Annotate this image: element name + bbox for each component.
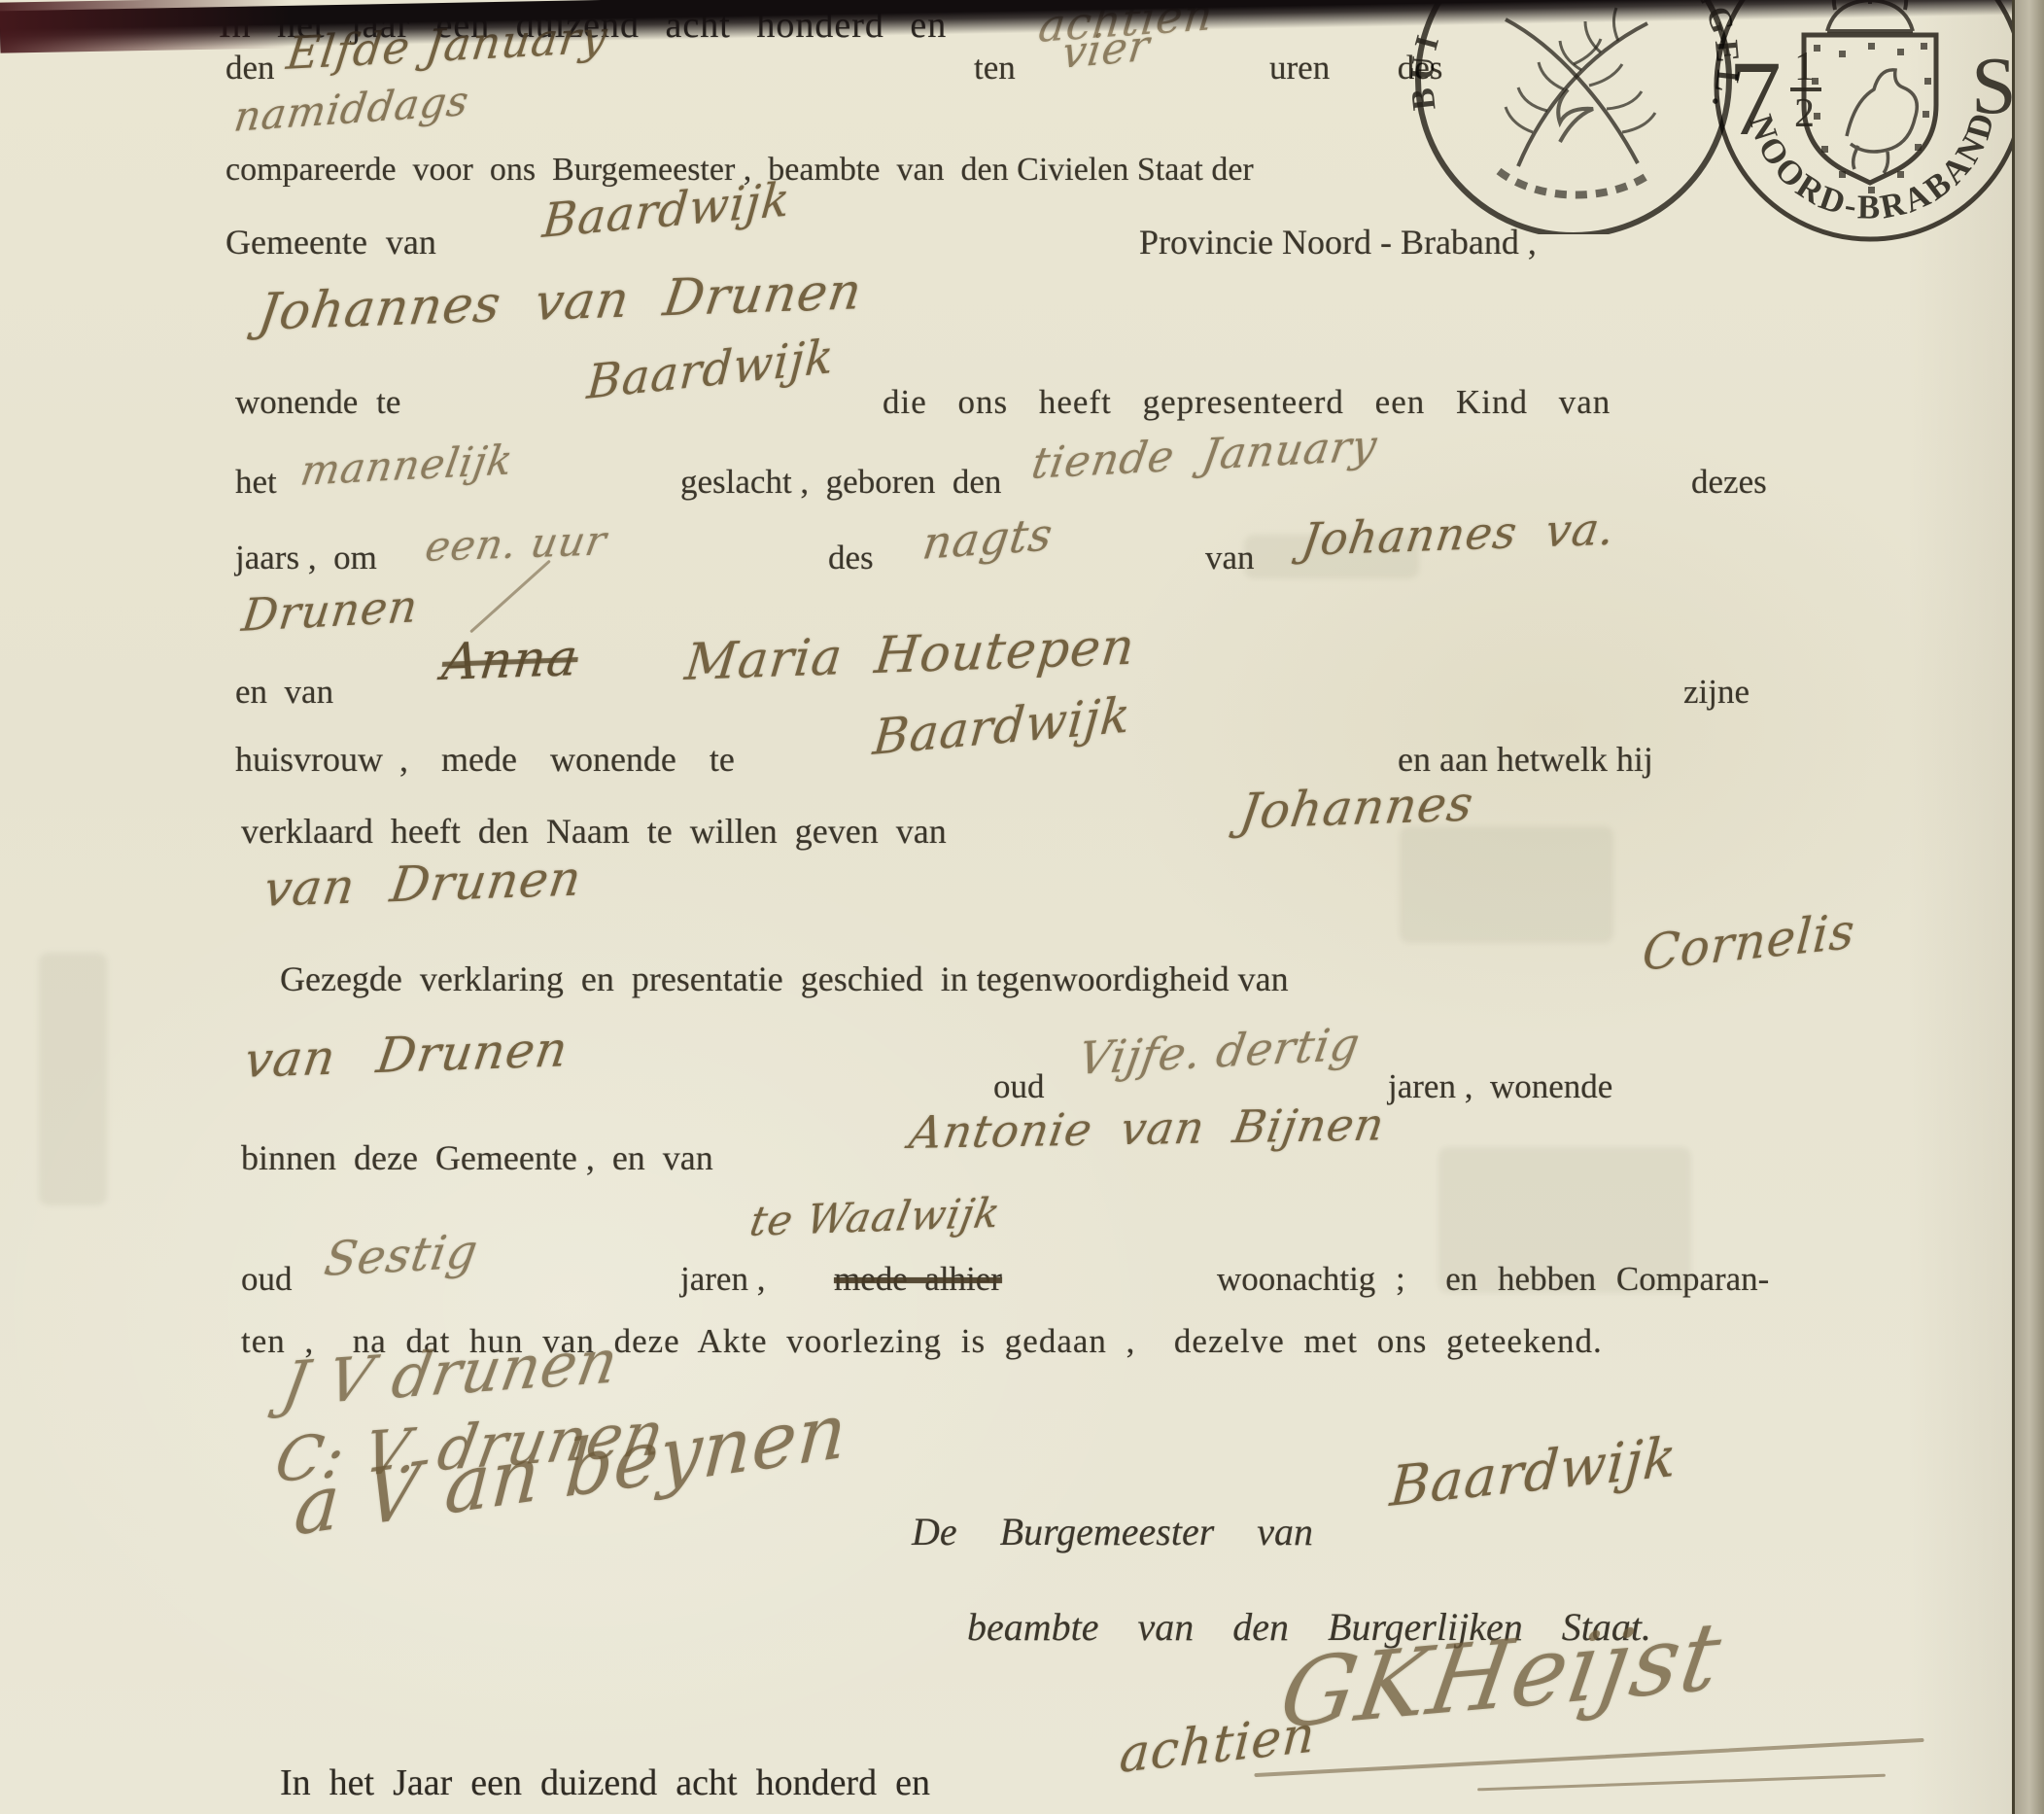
printed-hetwelk: en aan hetwelk hij — [1398, 739, 1653, 780]
page-stack-edge — [2012, 0, 2044, 1814]
signature-flourish-line — [1477, 1774, 1886, 1792]
handwritten-declarant-name: Johannes van Drunen — [255, 262, 866, 342]
printed-oud-1: oud — [993, 1067, 1045, 1106]
handwritten-witness2-residence: te Waalwijk — [746, 1189, 1005, 1245]
pen-flourish — [469, 560, 551, 634]
printed-naam-geven: verklaard heeft den Naam te willen geven… — [241, 811, 947, 852]
handwritten-witness2-name: Antonie van Bijnen — [906, 1098, 1389, 1159]
seal-ribbon — [1558, 89, 1593, 142]
printed-en-van: en van — [235, 673, 333, 712]
revenue-stamp-noord-braband: 7 1 2 S NOORD-BRABAND — [1713, 0, 2033, 262]
seal-chain — [1499, 171, 1651, 195]
handwritten-mother-name: Maria Houtepen — [682, 618, 1138, 692]
printed-burgemeester-van: De Burgemeester van — [912, 1509, 1313, 1554]
printed-gezegde-line: Gezegde verklaring en presentatie geschi… — [280, 959, 1289, 999]
handwritten-child-name-2: van Drunen — [260, 850, 585, 918]
printed-ten: ten — [974, 49, 1016, 87]
printed-jaren-wonende: jaren , wonende — [1388, 1067, 1612, 1106]
printed-jaars-om: jaars , om — [235, 539, 377, 577]
printed-binnen-gemeente: binnen deze Gemeente , en van — [241, 1137, 713, 1178]
handwritten-child-name-1: Johannes — [1236, 775, 1477, 840]
handwritten-age-2: Sestig — [321, 1224, 482, 1287]
rampant-lion-sketch — [1847, 70, 1917, 173]
civil-registry-seal-stamp: BUI EGEL. — [1397, 0, 1751, 234]
handwritten-mother-residence: Baardwijk — [871, 686, 1133, 766]
handwritten-age-1: Vijfe. dertig — [1075, 1017, 1364, 1085]
handwritten-witness1-last: van Drunen — [241, 1021, 572, 1089]
printed-des: des — [828, 539, 874, 577]
printed-mede-alhier-struck: mede alhier — [834, 1260, 1002, 1299]
printed-oud-2: oud — [241, 1260, 293, 1299]
printed-wonende-te: wonende te — [235, 383, 400, 422]
handwritten-birthdate: tiende January — [1028, 421, 1381, 489]
printed-jaren: jaren , — [680, 1260, 765, 1299]
bleed-through-smudge — [39, 953, 107, 1205]
printed-van: van — [1205, 539, 1255, 577]
stamp-fraction-numerator: 1 — [1794, 45, 1815, 89]
svg-text:BUI: BUI — [1404, 26, 1448, 112]
stamp-fraction-denominator: 2 — [1794, 91, 1815, 136]
handwritten-gender: mannelijk — [297, 436, 517, 495]
bleed-through-smudge — [1400, 826, 1613, 943]
printed-het: het — [235, 463, 277, 502]
handwritten-residence: Baardwijk — [585, 330, 836, 410]
printed-zijne: zijne — [1683, 673, 1750, 712]
seal-arc-text-left: BUI — [1404, 26, 1448, 112]
handwritten-mother-struck: Anna — [439, 629, 581, 692]
printed-next-act-line: In het Jaar een duizend acht honderd en — [280, 1762, 930, 1804]
printed-woonachtig: woonachtig ; en hebben Comparan- — [1217, 1260, 1769, 1299]
signature-flourish-line — [1254, 1738, 1923, 1777]
seal-outer-ring — [1418, 0, 1729, 234]
printed-dezes: dezes — [1691, 463, 1767, 502]
handwritten-burgemeester-place: Baardwijk — [1388, 1425, 1680, 1519]
handwritten-witness1-first: Cornelis — [1641, 902, 1857, 982]
printed-kind-van: die ons heeft gepresenteerd een Kind van — [883, 383, 1611, 422]
handwritten-father-name-2: Drunen — [239, 579, 421, 642]
binding-spine-edge — [0, 0, 292, 53]
handwritten-father-name-1: Johannes va. — [1299, 502, 1618, 566]
scanned-register-page: In het jaar een duizend acht honderd en … — [0, 0, 2044, 1814]
printed-huisvrouw: huisvrouw , mede wonende te — [235, 739, 735, 780]
printed-den: den — [225, 49, 275, 87]
handwritten-nagts: nagts — [919, 507, 1057, 570]
handwritten-birth-time: een. uur — [422, 516, 610, 571]
printed-geslacht-geboren: geslacht , geboren den — [680, 463, 1001, 502]
seal-leaves — [1506, 8, 1618, 132]
printed-gemeente-van: Gemeente van — [225, 222, 436, 262]
